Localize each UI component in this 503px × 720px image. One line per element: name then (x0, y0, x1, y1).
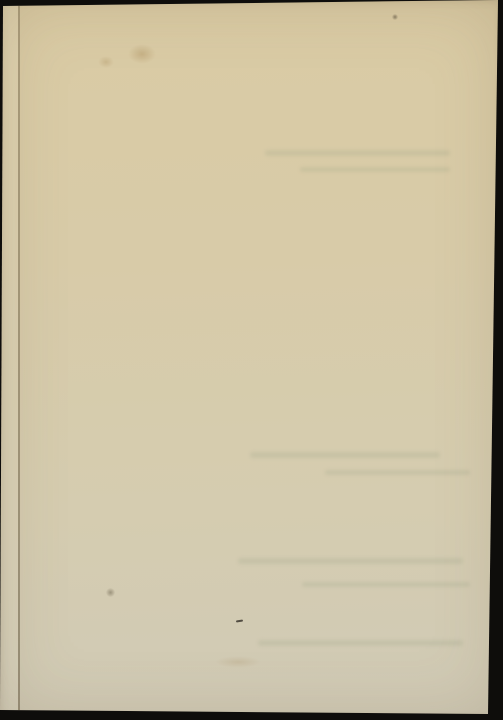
page-vignette (0, 0, 503, 720)
page-fold-line (18, 0, 20, 720)
paper-stain (215, 656, 261, 668)
bleed-through-mark (238, 558, 463, 564)
bleed-through-mark (258, 640, 463, 646)
bleed-through-mark (302, 582, 470, 587)
page-edge-strip (0, 0, 18, 720)
typewritten-text (53, 119, 465, 142)
document-page (0, 0, 503, 720)
stray-ink-mark (236, 620, 243, 623)
section-separator (53, 123, 423, 136)
bleed-through-mark (325, 470, 470, 475)
bleed-through-mark (265, 150, 450, 156)
bleed-through-mark (300, 167, 450, 172)
paper-stain (128, 44, 156, 64)
bleed-through-mark (250, 452, 440, 458)
paper-stain (106, 588, 115, 597)
scan-background (0, 0, 503, 720)
paper-stain (98, 56, 114, 68)
paper-stain (392, 14, 398, 20)
